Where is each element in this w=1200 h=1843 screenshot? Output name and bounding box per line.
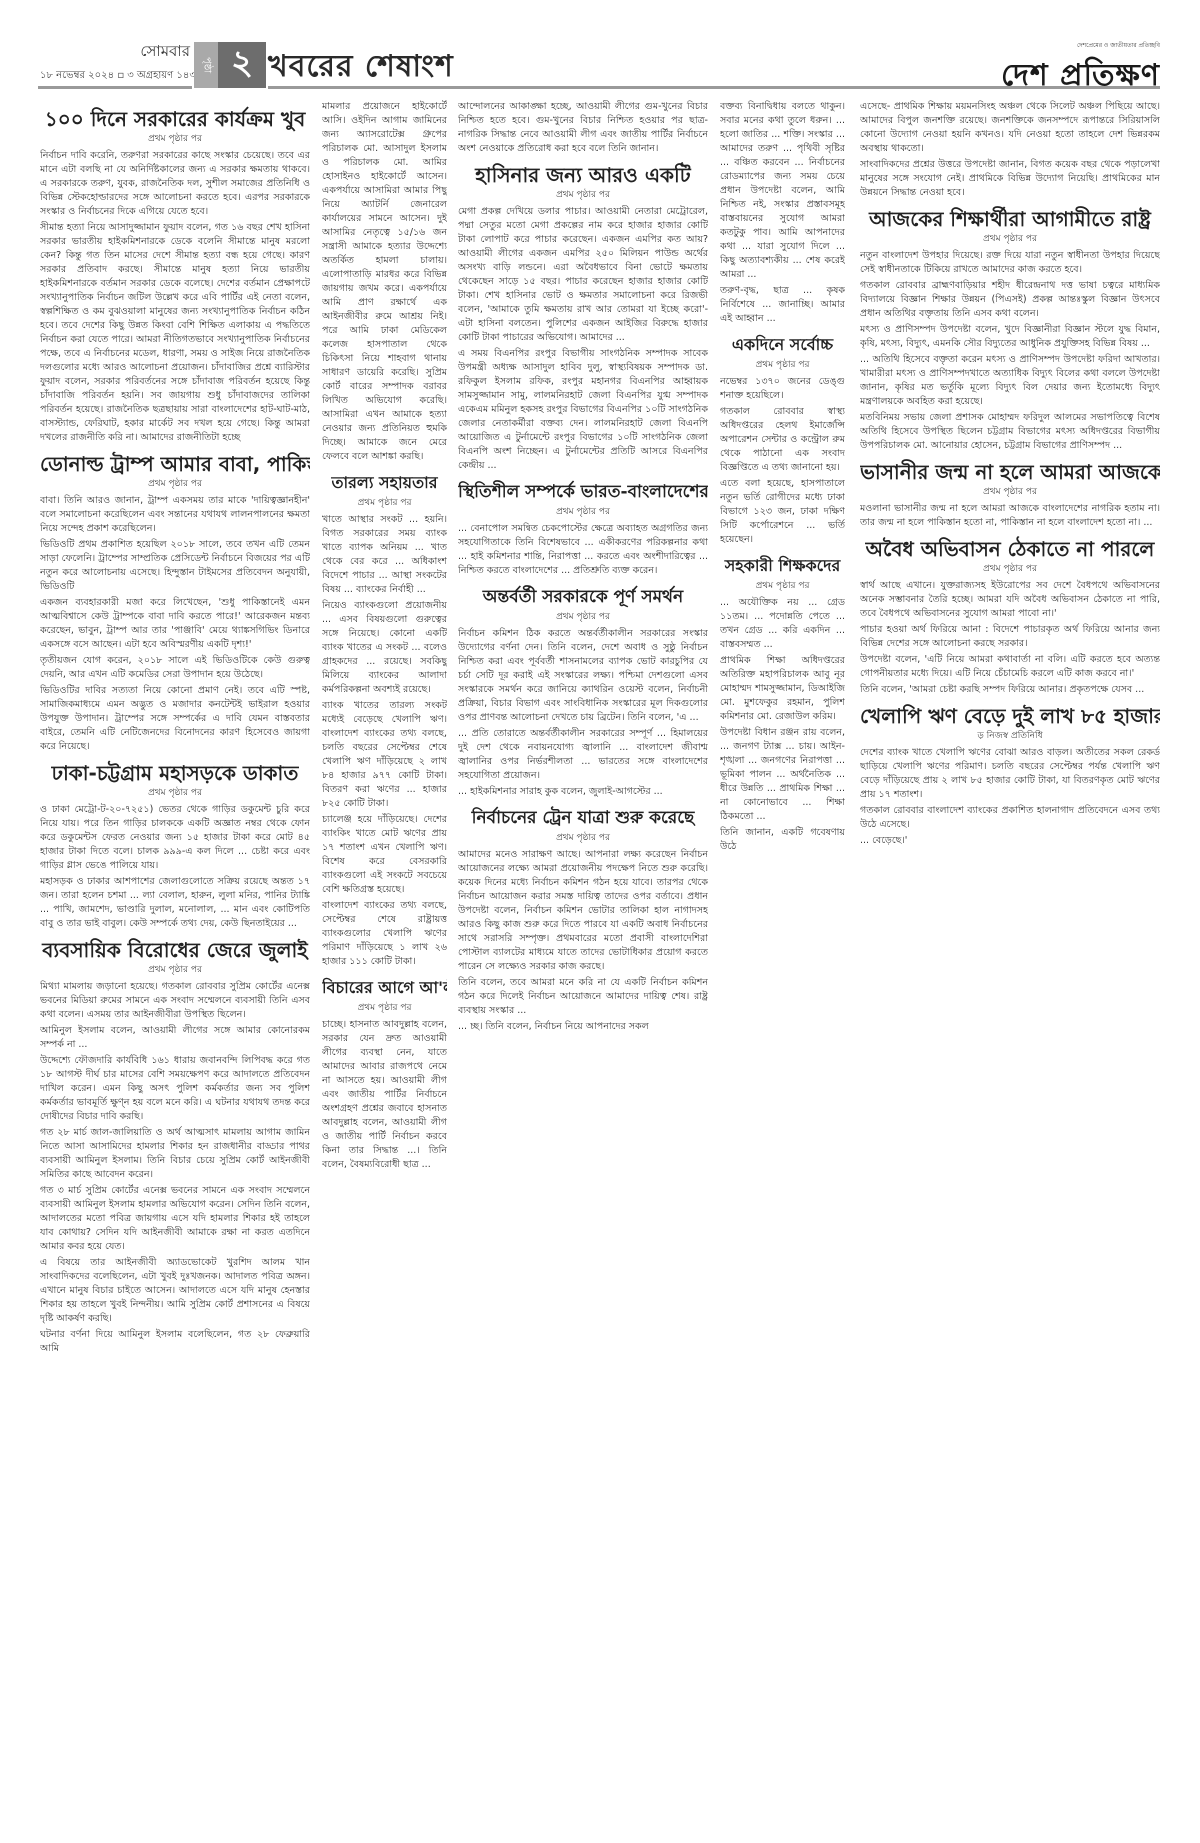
article-liquidity: তারল্য সহায়তার প্রথম পৃষ্ঠার পর খাতে আস… — [322, 470, 447, 969]
headline[interactable]: স্থিতিশীল সম্পর্কে ভারত-বাংলাদেশের — [458, 479, 708, 505]
date-block: সোমবার ১৮ নভেম্বর ২০২৪ ▫ ৩ অগ্রহায়ণ ১৪৩… — [40, 40, 190, 85]
paragraph: নির্বাচন কমিশন ঠিক করতে অন্তর্বর্তীকালীন… — [458, 627, 708, 725]
byline: প্রথম পৃষ্ঠার পর — [860, 485, 1160, 499]
headline[interactable]: ব্যবসায়িক বিরোধের জেরে জুলাই — [40, 937, 310, 963]
byline: প্রথম পৃষ্ঠার পর — [40, 786, 310, 800]
paragraph: চ্যালেঞ্জ হয়ে দাঁড়িয়েছে। দেশের ব্যাংক… — [322, 813, 447, 897]
paragraph: গত ২৮ মার্চ জাল-জালিয়াতি ও অর্থ আত্মসাৎ… — [40, 1126, 310, 1182]
article-interim-support: অন্তর্বর্তী সরকারকে পূর্ণ সমর্থন প্রথম প… — [458, 584, 708, 799]
masthead: সোমবার ১৮ নভেম্বর ২০২৪ ▫ ৩ অগ্রহায়ণ ১৪৩… — [0, 0, 1200, 90]
paragraph: সীমান্ত হত্যা নিয়ে আসাদুজ্জামান ফুয়াদ … — [40, 221, 310, 445]
paragraph: গতকাল রোববার ব্রাহ্মণবাড়িয়ার শহীদ ধীরে… — [860, 279, 1160, 321]
paragraph: ... প্রতি তোরাতে অন্তর্বর্তীকালীন সরকারে… — [458, 727, 708, 783]
byline: প্রথম পৃষ্ঠার পর — [860, 562, 1160, 576]
headline[interactable]: হাসিনার জন্য আরও একটি — [458, 162, 708, 188]
paragraph: নতুন বাংলাদেশ উপহার দিয়েছে। রক্ত দিয়ে … — [860, 249, 1160, 277]
paragraph: ভিডিওটি প্রথম প্রকাশিত হয়েছিল ২০১৮ সালে… — [40, 538, 310, 594]
paragraph: গতকাল রোববার স্বাস্থ্য অধিদপ্তরের হেলথ ই… — [720, 405, 845, 475]
headline[interactable]: ডোনাল্ড ট্রাম্প আমার বাবা, পাকিস্তানি — [40, 451, 310, 477]
paragraph: ... অতিথি হিসেবে বক্তৃতা করেন মৎস্য ও প্… — [860, 353, 1160, 409]
paragraph: মামলার প্রয়োজনে হাইকোর্টে আসি। ওইদিন আগ… — [322, 100, 447, 464]
paragraph: মৎস্য ও প্রাণিসম্পদ উপদেষ্টা বলেন, খুদে … — [860, 323, 1160, 351]
paragraph: ... বেনাপোল সমন্বিত চেকপোস্টের ক্ষেত্রে … — [458, 522, 708, 578]
article-one-day-highest: একদিনে সর্বোচ্চ প্রথম পৃষ্ঠার পর নভেম্বর… — [720, 332, 845, 547]
byline: প্রথম পৃষ্ঠার পর — [458, 610, 708, 624]
paragraph: প্রাথমিক শিক্ষা অধিদপ্তরের অতিরিক্ত মহাপ… — [720, 654, 845, 724]
byline: প্রথম পৃষ্ঠার পর — [458, 831, 708, 845]
paragraph: তিনি বলেন, 'আমরা চেষ্টা করছি সম্পদ ফিরিয… — [860, 683, 1160, 697]
article-before-trial: বিচারের আগে আ'লীগ প্রথম পৃষ্ঠার পর চাচ্ছ… — [322, 975, 447, 1172]
paragraph: নিয়েও ব্যাংকগুলো প্রয়োজনীয় ... এসব বি… — [322, 599, 447, 697]
page-number: ২ — [218, 42, 266, 88]
byline: প্রথম পৃষ্ঠার পর — [458, 505, 708, 519]
column-2: মামলার প্রয়োজনে হাইকোর্টে আসি। ওইদিন আগ… — [322, 100, 447, 1840]
byline: প্রথম পৃষ্ঠার পর — [720, 579, 845, 593]
logo-name: দেশ প্রতিক্ষণ — [1001, 58, 1160, 93]
article-100-days: ১০০ দিনে সরকারের কার্যক্রম খুব প্রথম পৃষ… — [40, 106, 310, 445]
paragraph: তিনি বলেন, তবে আমরা মনে করি না যে একটি ন… — [458, 976, 708, 1018]
byline: প্রথম পৃষ্ঠার পর — [40, 963, 310, 977]
article-asst-teachers: সহকারী শিক্ষকদের প্রথম পৃষ্ঠার পর ... অয… — [720, 553, 845, 854]
column-1: ১০০ দিনে সরকারের কার্যক্রম খুব প্রথম পৃষ… — [40, 100, 310, 1840]
paragraph: তিনি জানান, একটি গবেষণায় উঠে — [720, 826, 845, 854]
paragraph: আন্দোলনের আকাঙ্ক্ষা হচ্ছে, আওয়ামী লীগের… — [458, 100, 708, 156]
paragraph: এ বিষয়ে তার আইনজীবী অ্যাডভোকেট খুরশিদ আ… — [40, 1256, 310, 1326]
column-3: আন্দোলনের আকাঙ্ক্ষা হচ্ছে, আওয়ামী লীগের… — [458, 100, 708, 1840]
article-hasina-another: হাসিনার জন্য আরও একটি প্রথম পৃষ্ঠার পর ম… — [458, 162, 708, 473]
paragraph: সাংবাদিকদের প্রশ্নের উত্তরে উপদেষ্টা জান… — [860, 158, 1160, 200]
paragraph: ... হাইকমিশনার সারাহ কুক বলেন, জুলাই-আগস… — [458, 785, 708, 799]
paragraph: মহাসড়ক ও ঢাকার আশপাশের জেলাগুলোতে সক্রি… — [40, 875, 310, 931]
paragraph: তরুণ-বৃদ্ধ, ছাত্র ... কৃষক নির্বিশেষে ..… — [720, 284, 845, 326]
headline[interactable]: একদিনে সর্বোচ্চ — [720, 332, 845, 358]
paragraph: ঘটনার বর্ণনা দিয়ে আমিনুল ইসলাম বলেছিলেন… — [40, 1328, 310, 1356]
paragraph: আমিনুল ইসলাম বলেন, আওয়ামী লীগের সঙ্গে আ… — [40, 1024, 310, 1052]
article-trump: ডোনাল্ড ট্রাম্প আমার বাবা, পাকিস্তানি প্… — [40, 451, 310, 754]
paragraph: ... বেড়েছে।' — [860, 834, 1160, 848]
headline[interactable]: অন্তর্বর্তী সরকারকে পূর্ণ সমর্থন — [458, 584, 708, 610]
paragraph: গত ৩ মার্চ সুপ্রিম কোর্টের এনেক্স ভবনের … — [40, 1184, 310, 1254]
paragraph: মওলানা ভাসানীর জন্ম না হলে আমরা আজকে বাং… — [860, 502, 1160, 530]
page-label: পৃষ্ঠা — [194, 42, 218, 88]
paragraph: মিথ্যা মামলায় জড়ানো হয়েছে। গতকাল রোবব… — [40, 980, 310, 1022]
paragraph: দেশের ব্যাংক খাতে খেলাপি ঋণের বোঝা আরও ব… — [860, 746, 1160, 802]
headline[interactable]: ১০০ দিনে সরকারের কার্যক্রম খুব — [40, 106, 310, 132]
paragraph: ব্যাংক খাতের তারল্য সংকট মধ্যেই বেড়েছে … — [322, 699, 447, 811]
article-students-future: আজকের শিক্ষার্থীরা আগামীতে রাষ্ট্র প্রথম… — [860, 206, 1160, 453]
byline: প্রথম পৃষ্ঠার পর — [720, 358, 845, 372]
paragraph: বাবা। তিনি আরও জানান, ট্রাম্প একসময় তার… — [40, 494, 310, 536]
column-6: এসেছে- প্রাথমিক শিক্ষায় ময়মনসিংহ অঞ্চল… — [860, 100, 1160, 1840]
paragraph: বাংলাদেশ ব্যাংকের তথ্য বলছে, সেপ্টেম্বর … — [322, 899, 447, 969]
publication-date: ১৮ নভেম্বর ২০২৪ ▫ ৩ অগ্রহায়ণ ১৪৩১ — [40, 68, 190, 85]
byline: প্রথম পৃষ্ঠার পর — [40, 132, 310, 146]
headline[interactable]: অবৈধ অভিবাসন ঠেকাতে না পারলে — [860, 536, 1160, 562]
paragraph: উদ্দেশ্যে ফৌজদারি কার্যবিধি ১৬১ ধারায় জ… — [40, 1054, 310, 1124]
byline: প্রথম পৃষ্ঠার পর — [322, 1001, 447, 1015]
newspaper-logo[interactable]: দেশপ্রেমের ও জাতীয়তার প্রতিচ্ছবি দেশ প্… — [1001, 40, 1160, 102]
headline[interactable]: আজকের শিক্ষার্থীরা আগামীতে রাষ্ট্র — [860, 206, 1160, 232]
article-bhashani: ভাসানীর জন্ম না হলে আমরা আজকে প্রথম পৃষ্… — [860, 459, 1160, 530]
paragraph: নির্বাচন দাবি করেনি, তরুণরা সরকারের কাছে… — [40, 149, 310, 219]
paragraph: একজন ব্যবহারকারী মজা করে লিখেছেন, 'শুধু … — [40, 596, 310, 652]
headline[interactable]: খেলাপি ঋণ বেড়ে দুই লাখ ৮৫ হাজার — [860, 703, 1160, 729]
headline[interactable]: নির্বাচনের ট্রেন যাত্রা শুরু করেছে — [458, 805, 708, 831]
paragraph: নভেম্বর ১৩৭০ জনের ডেঙ্গু শনাক্ত হয়েছিলে… — [720, 375, 845, 403]
article-default-loans: খেলাপি ঋণ বেড়ে দুই লাখ ৮৫ হাজার ড় নিজস… — [860, 703, 1160, 848]
article-election-train: নির্বাচনের ট্রেন যাত্রা শুরু করেছে প্রথম… — [458, 805, 708, 1034]
headline[interactable]: সহকারী শিক্ষকদের — [720, 553, 845, 579]
byline: প্রথম পৃষ্ঠার পর — [458, 188, 708, 202]
byline: প্রথম পৃষ্ঠার পর — [40, 477, 310, 491]
paragraph: উপদেষ্টা বলেন, 'এটি নিয়ে আমরা কথাবার্তা… — [860, 653, 1160, 681]
paragraph: ... অযৌক্তিক নয় ... গ্রেড ১১তম। ... পদো… — [720, 596, 845, 652]
paragraph: তৃতীয়জন যোগ করেন, ২০১৮ সালে এই ভিডিওটিক… — [40, 654, 310, 682]
article-dhaka-ctg: ঢাকা-চট্টগ্রাম মহাসড়কে ডাকাত প্রথম পৃষ্… — [40, 760, 310, 931]
paragraph: এ সময় বিএনপির রংপুর বিভাগীয় সাংগঠনিক স… — [458, 347, 708, 473]
paragraph: বক্তব্য বিনাদ্বিধায় বলতে থাকুন। সবার মন… — [720, 100, 845, 282]
paragraph: গতকাল রোববার বাংলাদেশ ব্যাংকের প্রকাশিত … — [860, 804, 1160, 832]
paragraph: ভিডিওটির দাবির সত্যতা নিয়ে কোনো প্রমাণ … — [40, 684, 310, 754]
headline[interactable]: তারল্য সহায়তার — [322, 470, 447, 496]
article-business-dispute: ব্যবসায়িক বিরোধের জেরে জুলাই প্রথম পৃষ্… — [40, 937, 310, 1356]
paragraph: চাচ্ছে। হাসনাত আবদুল্লাহ বলেন, সরকার যেন… — [322, 1018, 447, 1172]
byline: ড় নিজস্ব প্রতিনিধি — [860, 729, 1160, 743]
paragraph: ও ঢাকা মেট্রো-ট-২০-৭২৫১) ভেতর থেকে গাড়ি… — [40, 803, 310, 873]
headline[interactable]: বিচারের আগে আ'লীগ — [322, 975, 447, 1001]
headline[interactable]: ভাসানীর জন্ম না হলে আমরা আজকে — [860, 459, 1160, 485]
weekday: সোমবার — [40, 40, 190, 65]
header-rule-left — [38, 86, 192, 89]
headline[interactable]: ঢাকা-চট্টগ্রাম মহাসড়কে ডাকাত — [40, 760, 310, 786]
byline: প্রথম পৃষ্ঠার পর — [322, 496, 447, 510]
article-illegal-migration: অবৈধ অভিবাসন ঠেকাতে না পারলে প্রথম পৃষ্ঠ… — [860, 536, 1160, 697]
logo-tagline: দেশপ্রেমের ও জাতীয়তার প্রতিচ্ছবি — [1001, 40, 1160, 51]
paragraph: আমাদের মনেও সারাক্ষণ আছে। আপনারা লক্ষ্য … — [458, 848, 708, 974]
paragraph: পাচার হওয়া অর্থ ফিরিয়ে আনা : বিদেশে পা… — [860, 623, 1160, 651]
paragraph: এতে বলা হয়েছে, হাসপাতালে নতুন ভর্তি রোগ… — [720, 477, 845, 547]
paragraph: মেগা প্রকল্প দেখিয়ে ডলার পাচার। আওয়ামী… — [458, 205, 708, 345]
byline: প্রথম পৃষ্ঠার পর — [860, 232, 1160, 246]
paragraph: উপদেষ্টা বিধান রঞ্জন রায় বলেন, ... জনগণ… — [720, 726, 845, 824]
paragraph: ... চ্ছ। তিনি বলেন, নির্বাচন নিয়ে আপনাদ… — [458, 1020, 708, 1034]
paragraph: মতবিনিময় সভায় জেলা প্রশাসক মোহাম্মদ ফর… — [860, 411, 1160, 453]
article-india-bd: স্থিতিশীল সম্পর্কে ভারত-বাংলাদেশের প্রথম… — [458, 479, 708, 578]
column-5: বক্তব্য বিনাদ্বিধায় বলতে থাকুন। সবার মন… — [720, 100, 845, 1840]
paragraph: স্বার্থ আছে এখানে। যুক্তরাজ্যসহ ইউরোপের … — [860, 579, 1160, 621]
paragraph: এসেছে- প্রাথমিক শিক্ষায় ময়মনসিংহ অঞ্চল… — [860, 100, 1160, 156]
paragraph: খাতে আস্থার সংকট ... হয়নি। বিগত সরকারের… — [322, 513, 447, 597]
